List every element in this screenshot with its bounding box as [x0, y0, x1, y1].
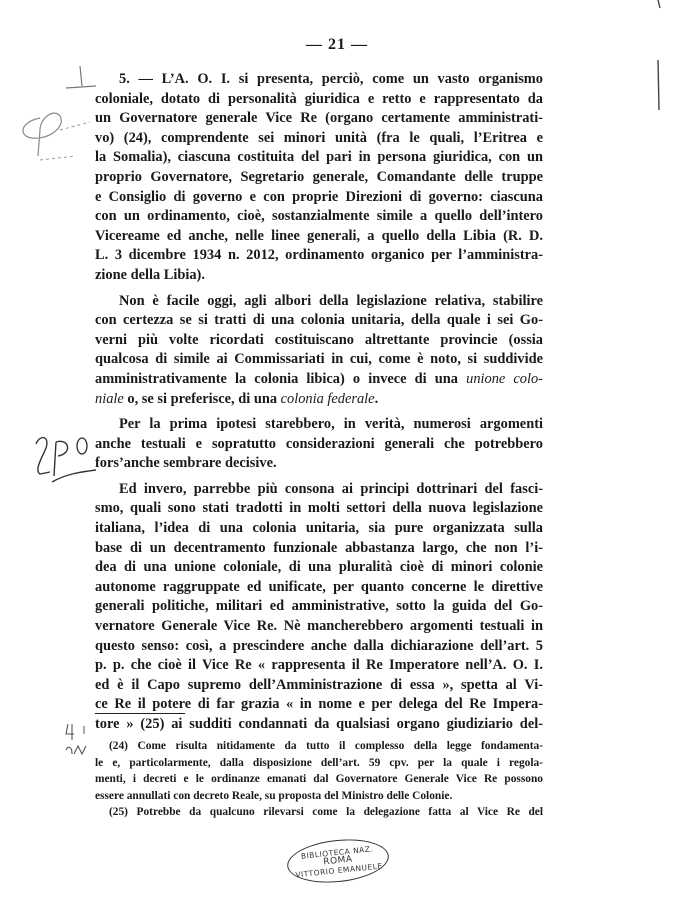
- text-line: smo, quali sono stati tradotti in molti …: [95, 499, 543, 519]
- text-line: coloniale, dotato di personalità giuridi…: [95, 90, 543, 110]
- text-line: Per la prima ipotesi starebbero, in veri…: [95, 415, 543, 435]
- text-line: vernatore Generale Vice Re. Nè manchereb…: [95, 617, 543, 637]
- text-segment: amministrativamente la colonia libica) o…: [95, 371, 458, 387]
- text-line: amministrativamente la colonia libica) o…: [95, 370, 543, 390]
- text-line: niale o, se si preferisce, di una coloni…: [95, 390, 543, 410]
- footnote-line: (25) Potrebbe da qualcuno rilevarsi come…: [95, 804, 543, 821]
- text-line: vo) (24), comprendente sei minori unità …: [95, 129, 543, 149]
- text-line: Ed invero, parrebbe più consona ai princ…: [95, 480, 543, 500]
- text-line: 5. — L’A. O. I. si presenta, perciò, com…: [95, 70, 543, 90]
- text-line: con certezza se si tratti di una colonia…: [95, 311, 543, 331]
- text-line: generali politiche, militari ed amminist…: [95, 597, 543, 617]
- text-line: questo senso: così, a prescindere anche …: [95, 637, 543, 657]
- footnote-line: (24) Come risulta nitidamente da tutto i…: [95, 738, 543, 755]
- text-line: Vicereame ed anche, nelle linee generali…: [95, 227, 543, 247]
- text-line: dea di una unione coloniale, di una plur…: [95, 558, 543, 578]
- page-number: — 21 —: [0, 36, 674, 54]
- text-line: e Consiglio di governo e con proprie Dir…: [95, 188, 543, 208]
- text-line: un Governatore generale Vice Re (organo …: [95, 109, 543, 129]
- text-line: tore » (25) ai sudditi condannati da qua…: [95, 715, 543, 735]
- text-line: fors’anche sembrare decisive.: [95, 454, 543, 474]
- text-line: la Somalia), ciascuna costituita del par…: [95, 148, 543, 168]
- text-line: autonome raggruppate ed unificate, per q…: [95, 578, 543, 598]
- footnotes: (24) Come risulta nitidamente da tutto i…: [95, 738, 543, 821]
- italic-term: unione colo-: [466, 371, 543, 387]
- text-line: proprio Governatore, Segretario generale…: [95, 168, 543, 188]
- footnote-line: le e, particolarmente, dalla disposizion…: [95, 755, 543, 772]
- italic-term: colonia federale: [281, 391, 375, 407]
- text-line: anche testuali e sopratutto considerazio…: [95, 435, 543, 455]
- text-line: zione della Libia).: [95, 266, 543, 286]
- pencil-mark-right-edge: [650, 0, 674, 140]
- text-line: Non è facile oggi, agli albori della leg…: [95, 292, 543, 312]
- text-line: base di un decentramento funzionale abba…: [95, 539, 543, 559]
- pencil-mark-margin-2p0: [30, 430, 100, 490]
- text-line: con un ordinamento, cioè, sostanzialment…: [95, 207, 543, 227]
- italic-term: niale: [95, 391, 124, 407]
- text-line: qualcosa di simile ai Commissariati in c…: [95, 350, 543, 370]
- body-text: 5. — L’A. O. I. si presenta, perciò, com…: [95, 70, 543, 735]
- text-line: verni più volte ricordati costituiscano …: [95, 331, 543, 351]
- text-segment: .: [375, 391, 379, 407]
- footnote-line: essere annullati con decreto Reale, su p…: [95, 788, 543, 805]
- footnote-divider: [95, 713, 185, 714]
- text-segment: o, se si preferisce, di una: [127, 391, 277, 407]
- text-line: p. p. che cioè il Vice Re « rappresenta …: [95, 656, 543, 676]
- text-line: italiana, l’idea di una colonia unitaria…: [95, 519, 543, 539]
- footnote-line: menti, i decreti e le ordinanze emanati …: [95, 771, 543, 788]
- text-line: ed è il Capo supremo dell’Amministrazion…: [95, 676, 543, 696]
- text-line: L. 3 dicembre 1934 n. 2012, ordinamento …: [95, 246, 543, 266]
- library-stamp: BIBLIOTECA NAZ. ROMA VITTORIO EMANUELE: [285, 835, 391, 887]
